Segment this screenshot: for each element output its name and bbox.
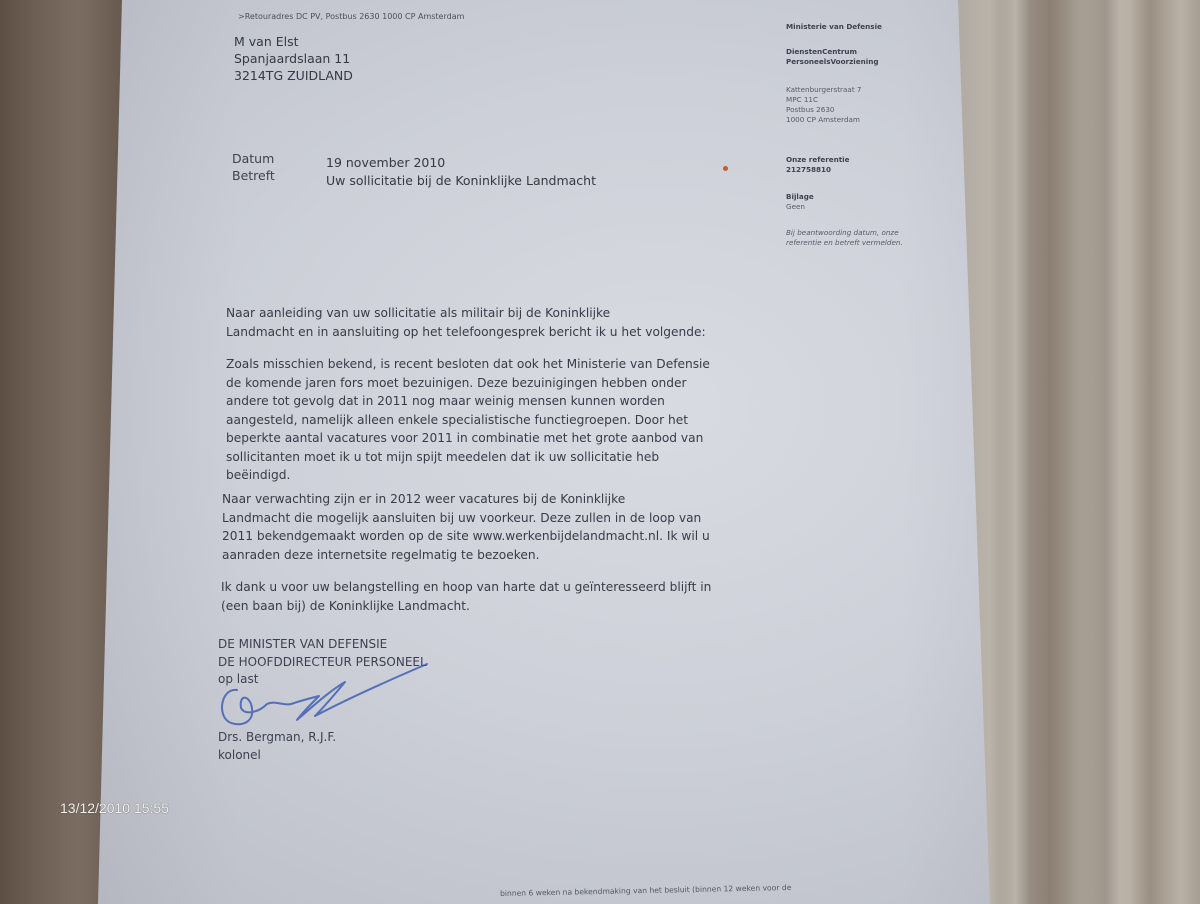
- reference-label: Onze referentie: [786, 155, 850, 164]
- attachment-value: Geen: [786, 202, 814, 212]
- recipient-name: M van Elst: [234, 33, 353, 50]
- paragraph-4: Ik dank u voor uw belangstelling en hoop…: [221, 578, 781, 615]
- return-address: >Retouradres DC PV, Postbus 2630 1000 CP…: [238, 12, 464, 21]
- date-value: 19 november 2010: [326, 155, 445, 170]
- recipient-address: M van Elst Spanjaardslaan 11 3214TG ZUID…: [234, 33, 353, 84]
- attachment-label: Bijlage: [786, 192, 814, 201]
- reply-note: Bij beantwoording datum, onze referentie…: [786, 228, 903, 248]
- attachment-block: Bijlage Geen: [786, 192, 814, 212]
- handwritten-signature: [215, 660, 445, 740]
- paragraph-1: Naar aanleiding van uw sollicitatie als …: [226, 304, 786, 341]
- sender-department: DienstenCentrum PersoneelsVoorziening: [786, 47, 878, 67]
- paragraph-2: Zoals misschien bekend, is recent beslot…: [226, 355, 786, 485]
- closing-line-1: DE MINISTER VAN DEFENSIE: [218, 636, 427, 654]
- sender-address: Kattenburgerstraat 7 MPC 11C Postbus 263…: [786, 85, 862, 125]
- photo-timestamp: 13/12/2010 15:55: [60, 800, 169, 816]
- recipient-postal-city: 3214TG ZUIDLAND: [234, 67, 353, 84]
- reference-block: Onze referentie 212758810: [786, 155, 850, 175]
- signatory-rank: kolonel: [218, 747, 336, 765]
- paragraph-3: Naar verwachting zijn er in 2012 weer va…: [222, 490, 782, 564]
- sheet-fold-highlight: [1000, 0, 1030, 904]
- signatory-block: Drs. Bergman, R.J.F. kolonel: [218, 729, 336, 764]
- subject-label: Betreft: [232, 168, 275, 183]
- sheet-fold-shadow: [1080, 0, 1130, 904]
- signatory-name: Drs. Bergman, R.J.F.: [218, 729, 336, 747]
- subject-value: Uw sollicitatie bij de Koninklijke Landm…: [326, 173, 596, 188]
- reference-value: 212758810: [786, 165, 831, 174]
- date-label: Datum: [232, 151, 274, 166]
- sender-ministry: Ministerie van Defensie: [786, 22, 882, 32]
- ink-speck: [723, 166, 728, 171]
- recipient-street: Spanjaardslaan 11: [234, 50, 353, 67]
